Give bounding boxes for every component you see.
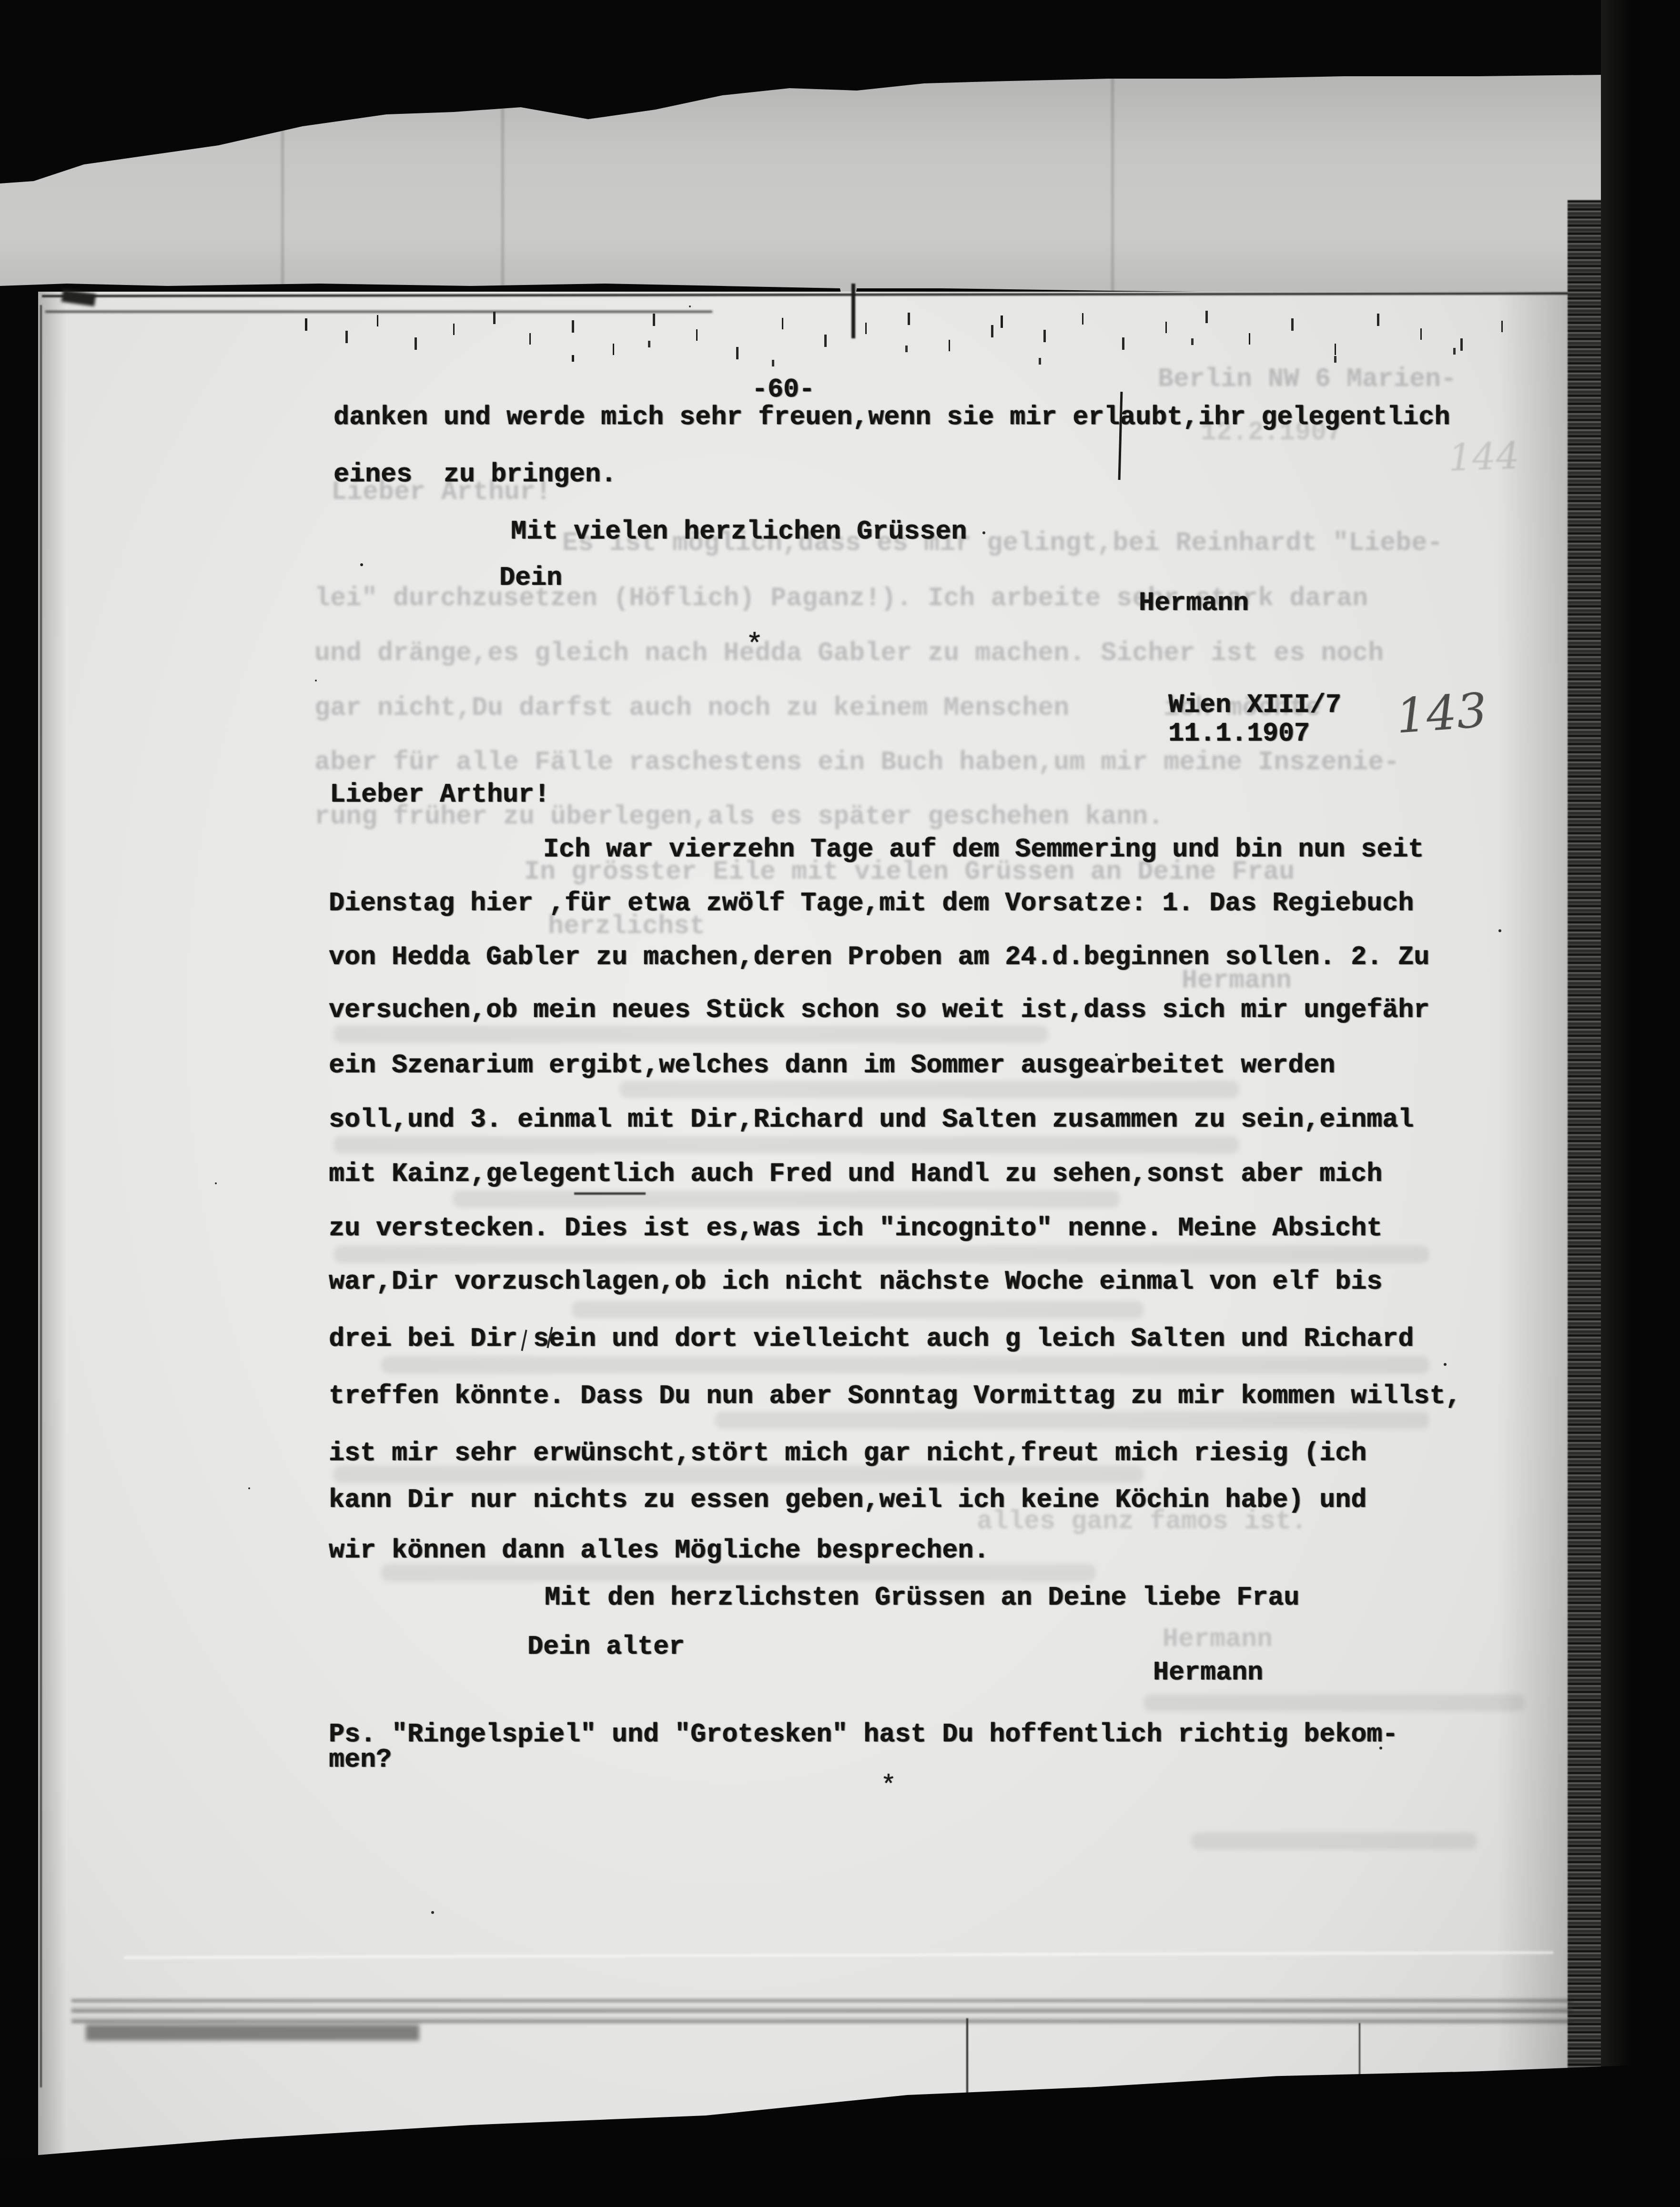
ghost-smudge xyxy=(572,1301,1144,1318)
ghost-smudge xyxy=(1144,1694,1525,1711)
page-left-shading xyxy=(38,292,67,2207)
body-line: war,Dir vorzuschlagen,ob ich nicht nächs… xyxy=(329,1269,1382,1295)
tear-streak xyxy=(851,284,855,338)
page-number: -60- xyxy=(752,376,815,403)
page-top-edge-shadow xyxy=(45,311,712,313)
closing-line: Mit den herzlichsten Grüssen an Deine li… xyxy=(545,1585,1299,1611)
letter-line: eines zu bringen. xyxy=(334,461,617,488)
paper-fiber xyxy=(1111,67,1114,305)
letter-place: Wien XIII/7 xyxy=(1168,692,1341,718)
ghost-smudge xyxy=(334,1136,1239,1153)
overtype-squiggle xyxy=(574,1192,646,1195)
ghost-smudge xyxy=(381,1564,1096,1581)
signature: Hermann xyxy=(1153,1659,1263,1686)
separator-asterisk: * xyxy=(880,1770,897,1801)
ink-marks-row xyxy=(1001,315,1003,328)
page-left-edge xyxy=(40,305,42,2087)
ghost-line: aber für alle Fälle raschestens ein Buch… xyxy=(314,749,1399,775)
paper-fiber xyxy=(501,67,504,305)
closing-dein: Dein xyxy=(499,565,562,591)
body-line: zu verstecken. Dies ist es,was ich "inco… xyxy=(329,1215,1382,1241)
body-line: Ich war vierzehn Tage auf dem Semmering … xyxy=(543,836,1424,863)
ghost-line: und dränge,es gleich nach Hedda Gabler z… xyxy=(314,640,1384,666)
ghost-smudge xyxy=(334,1026,1048,1043)
body-line: ist mir sehr erwünscht,stört mich gar ni… xyxy=(329,1440,1366,1466)
postscript-line: men? xyxy=(329,1747,392,1773)
binding-texture xyxy=(1568,200,1605,2111)
closing-dein: Dein alter xyxy=(527,1634,685,1660)
body-line: versuchen,ob mein neues Stück schon so w… xyxy=(329,997,1429,1023)
letter-line: danken und werde mich sehr freuen,wenn s… xyxy=(334,404,1450,430)
ghost-smudge xyxy=(334,1466,1144,1483)
body-line: wir können dann alles Mögliche bespreche… xyxy=(329,1537,989,1564)
folio-number: 143 xyxy=(1394,682,1489,744)
paper-fiber xyxy=(281,67,284,305)
ink-marks-row xyxy=(572,355,574,362)
scanned-letter-page: Berlin NW 6 Marien- 12.2.1907 144 Lieber… xyxy=(0,0,1680,2207)
ghost-smudge xyxy=(715,1412,1429,1429)
body-line: drei bei Dir sein und dort vielleicht au… xyxy=(329,1326,1414,1352)
page-right-shading xyxy=(1496,292,1568,2207)
paper-specks xyxy=(360,563,363,566)
torn-paper-edge xyxy=(0,67,1680,305)
body-line: kann Dir nur nichts zu essen geben,weil … xyxy=(329,1487,1366,1513)
separator-asterisk: * xyxy=(746,628,763,662)
body-line: soll,und 3. einmal mit Dir,Richard und S… xyxy=(329,1107,1414,1133)
body-line: treffen könnte. Dass Du nun aber Sonntag… xyxy=(329,1383,1461,1409)
bottom-smudge-dark xyxy=(86,2024,419,2041)
letter-date: 11.1.1907 xyxy=(1168,721,1310,747)
closing-line: Mit vielen herzlichen Grüssen xyxy=(511,519,967,545)
ghost-smudge xyxy=(1191,1832,1477,1850)
ghost-smudge xyxy=(453,1190,1120,1208)
ghost-smudge xyxy=(381,1356,1429,1373)
body-line: mit Kainz,gelegentlich auch Fred und Han… xyxy=(329,1161,1382,1187)
right-black-frame xyxy=(1601,0,1680,2207)
ink-marks-row xyxy=(305,318,307,331)
ghost-address-line: Berlin NW 6 Marien- xyxy=(1158,366,1457,392)
ghost-signature: Hermann xyxy=(1163,1626,1273,1652)
postscript-line: Ps. "Ringelspiel" und "Grotesken" hast D… xyxy=(329,1721,1398,1748)
ghost-smudge xyxy=(619,1081,1239,1098)
signature: Hermann xyxy=(1139,590,1249,616)
body-line: ein Szenarium ergibt,welches dann im Som… xyxy=(329,1052,1335,1078)
body-line: Dienstag hier ,für etwa zwölf Tage,mit d… xyxy=(329,890,1414,916)
body-line: von Hedda Gabler zu machen,deren Proben … xyxy=(329,944,1429,970)
salutation: Lieber Arthur! xyxy=(330,782,550,808)
bottom-smudge-band xyxy=(71,1999,1572,2023)
ghost-smudge xyxy=(334,1246,1429,1263)
